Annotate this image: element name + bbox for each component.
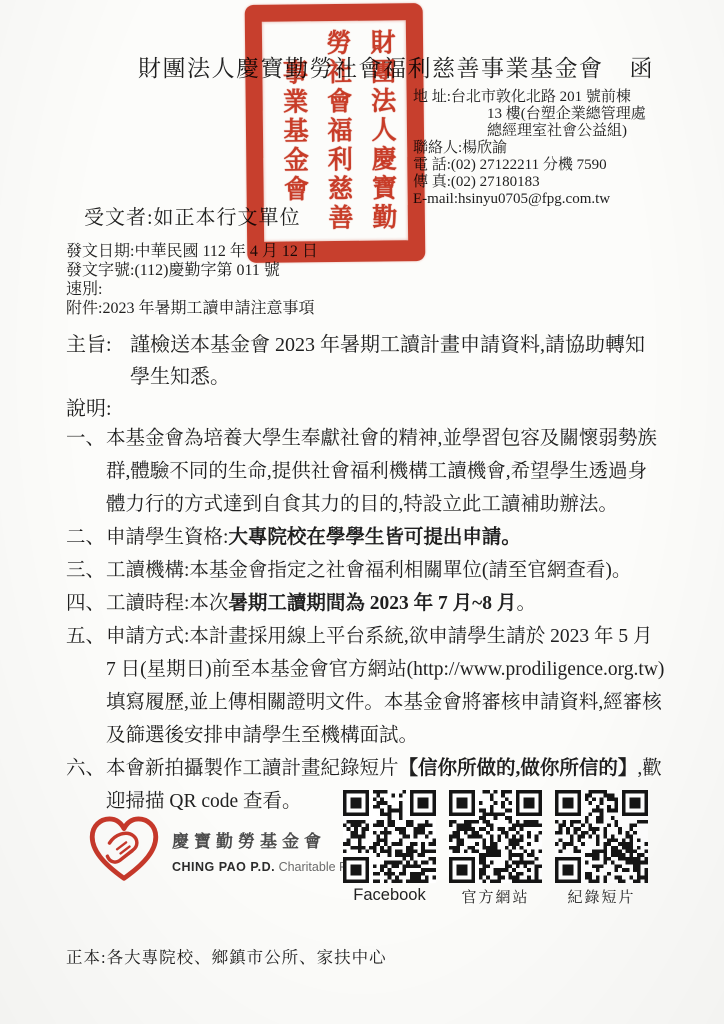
- item-marker: 三、: [66, 554, 106, 587]
- list-item: 四、工讀時程:本次暑期工讀期間為 2023 年 7 月~8 月。: [66, 587, 666, 620]
- contact-block: 地 址:台北市敦化北路 201 號前棟13 樓(台塑企業總管理處總經理室社會公益…: [413, 89, 713, 208]
- contact-line: 地 址:台北市敦化北路 201 號前棟: [413, 89, 713, 106]
- scanned-letter-page: 財團法人慶寶勤勞社會福利慈善事業基金會函 地 址:台北市敦化北路 201 號前棟…: [0, 0, 724, 1024]
- contact-line: 傳 真:(02) 27180183: [413, 174, 713, 191]
- meta-line: 附件:2023 年暑期工讀申請注意事項: [66, 299, 318, 318]
- seal-text: 財團法人慶寶勤勞社會福利慈善事業基金會: [266, 18, 404, 244]
- list-item: 五、申請方式:本計畫採用線上平台系統,欲申請學生請於 2023 年 5 月 7 …: [66, 620, 666, 752]
- qr-code-2-icon: [449, 790, 542, 883]
- item-text: 申請學生資格:大專院校在學學生皆可提出申請。: [106, 521, 666, 554]
- logo-name-english-bold: CHING PAO P.D.: [172, 860, 275, 874]
- qr-item: 紀錄短片: [555, 790, 648, 907]
- item-marker: 一、: [66, 422, 106, 455]
- contact-line: 總經理室社會公益組): [413, 123, 713, 140]
- contact-line: E-mail:hsinyu0705@fpg.com.tw: [413, 191, 713, 208]
- list-item: 三、工讀機構:本基金會指定之社會福利相關單位(請至官網查看)。: [66, 554, 666, 587]
- qr-label: 官方網站: [449, 886, 542, 907]
- explanation-label: 說明:: [66, 392, 112, 421]
- items-list: 一、本基金會為培養大學生奉獻社會的精神,並學習包容及關懷弱勢族群,體驗不同的生命…: [66, 422, 666, 818]
- contact-line: 聯絡人:楊欣諭: [413, 140, 713, 157]
- list-item: 一、本基金會為培養大學生奉獻社會的精神,並學習包容及關懷弱勢族群,體驗不同的生命…: [66, 422, 666, 521]
- qr-item: 官方網站: [449, 790, 542, 907]
- document-type-label: 函: [630, 56, 655, 81]
- list-item: 二、申請學生資格:大專院校在學學生皆可提出申請。: [66, 521, 666, 554]
- item-text: 工讀時程:本次暑期工讀期間為 2023 年 7 月~8 月。: [106, 587, 666, 620]
- qr-item: Facebook: [343, 790, 436, 907]
- meta-line: 發文字號:(112)慶勤字第 011 號: [66, 261, 318, 280]
- item-marker: 四、: [66, 587, 106, 620]
- item-marker: 五、: [66, 620, 106, 653]
- item-marker: 二、: [66, 521, 106, 554]
- item-text: 工讀機構:本基金會指定之社會福利相關單位(請至官網查看)。: [106, 554, 666, 587]
- qr-label: 紀錄短片: [555, 886, 648, 907]
- heart-hand-logo-icon: [86, 814, 162, 886]
- copy-distribution-line: 正本:各大專院校、鄉鎮市公所、家扶中心: [66, 944, 387, 968]
- item-marker: 六、: [66, 752, 106, 785]
- contact-line: 13 樓(台塑企業總管理處: [413, 106, 713, 123]
- qr-code-3-icon: [555, 790, 648, 883]
- subject-text: 謹檢送本基金會 2023 年暑期工讀計畫申請資料,請協助轉知學生知悉。: [130, 329, 652, 393]
- item-text: 本基金會為培養大學生奉獻社會的精神,並學習包容及關懷弱勢族群,體驗不同的生命,提…: [106, 422, 666, 521]
- subject-label: 主旨:: [66, 329, 130, 393]
- qr-row: Facebook官方網站紀錄短片: [343, 790, 648, 907]
- qr-code-1-icon: [343, 790, 436, 883]
- meta-line: 速別:: [66, 280, 318, 299]
- foundation-seal-stamp: 財團法人慶寶勤勞社會福利慈善事業基金會: [245, 3, 426, 263]
- subject-section: 主旨: 謹檢送本基金會 2023 年暑期工讀計畫申請資料,請協助轉知學生知悉。: [66, 329, 652, 393]
- item-text: 申請方式:本計畫採用線上平台系統,欲申請學生請於 2023 年 5 月 7 日(…: [106, 620, 666, 752]
- qr-label: Facebook: [343, 886, 436, 905]
- contact-line: 電 話:(02) 27122211 分機 7590: [413, 157, 713, 174]
